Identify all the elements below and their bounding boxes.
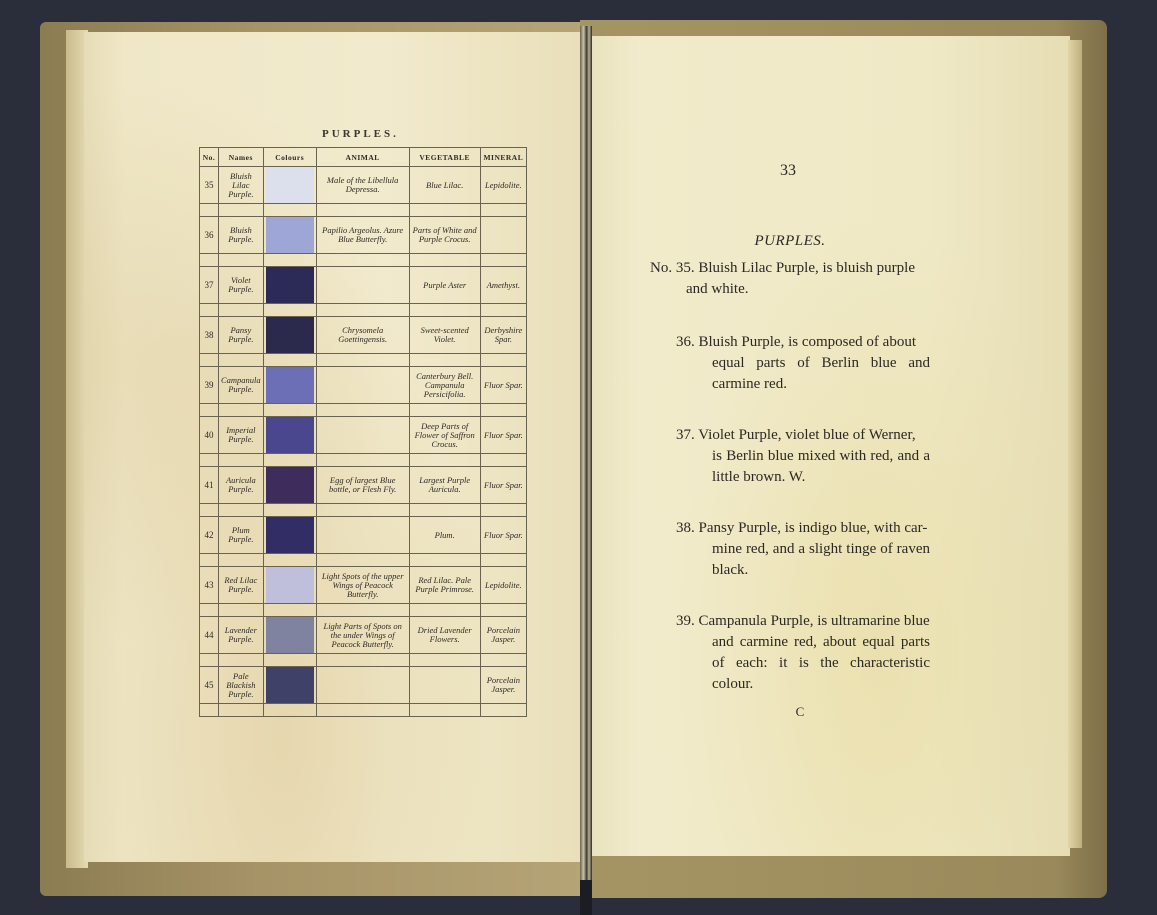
- spacer-cell: [219, 654, 264, 667]
- spacer-cell: [480, 604, 526, 617]
- spacer-cell: [409, 454, 480, 467]
- entry-continuation: and carmine red, about equal parts of ea…: [676, 632, 930, 695]
- spacer-cell: [263, 554, 316, 567]
- spacer-cell: [316, 454, 409, 467]
- header-mineral: MINERAL: [480, 148, 526, 167]
- spacer-cell: [409, 704, 480, 717]
- animal-example: Egg of largest Blue bottle, or Flesh Fly…: [316, 467, 409, 504]
- colour-name: Plum Purple.: [219, 517, 264, 554]
- spacer-cell: [409, 604, 480, 617]
- spacer-cell: [200, 254, 219, 267]
- book-gutter: [580, 26, 592, 915]
- table-row: 38Pansy Purple.Chrysomela Goettingensis.…: [200, 317, 527, 354]
- colour-name: Imperial Purple.: [219, 417, 264, 454]
- vegetable-example: Largest Purple Auricula.: [409, 467, 480, 504]
- spacer-cell: [480, 654, 526, 667]
- spacer-cell: [409, 354, 480, 367]
- spacer-cell: [480, 204, 526, 217]
- section-heading: PURPLES.: [650, 231, 930, 252]
- mineral-example: Porcelain Jasper.: [480, 617, 526, 654]
- spacer-cell: [200, 654, 219, 667]
- entry-continuation: and white.: [650, 279, 930, 300]
- row-number: 35: [200, 167, 219, 204]
- spacer-cell: [316, 554, 409, 567]
- spacer-cell: [316, 254, 409, 267]
- spacer-cell: [200, 454, 219, 467]
- spacer-cell: [263, 454, 316, 467]
- colour-swatch: [266, 417, 314, 453]
- vegetable-example: Purple Aster: [409, 267, 480, 304]
- table-spacer-row: [200, 654, 527, 667]
- signature-mark: C: [670, 701, 930, 722]
- spacer-cell: [200, 554, 219, 567]
- table-spacer-row: [200, 454, 527, 467]
- table-spacer-row: [200, 304, 527, 317]
- page-number: 33: [646, 160, 930, 181]
- spacer-cell: [316, 654, 409, 667]
- entry-continuation: mine red, and a slight tinge of raven bl…: [676, 539, 930, 581]
- spacer-cell: [200, 304, 219, 317]
- spacer-cell: [200, 354, 219, 367]
- spacer-cell: [409, 504, 480, 517]
- colour-table: No. Names Colours ANIMAL VEGETABLE MINER…: [199, 147, 527, 717]
- table-spacer-row: [200, 204, 527, 217]
- entry-continuation: is Berlin blue mixed with red, and a lit…: [676, 446, 930, 488]
- vegetable-example: Deep Parts of Flower of Saffron Crocus.: [409, 417, 480, 454]
- spacer-cell: [219, 404, 264, 417]
- vegetable-example: Dried Lavender Flowers.: [409, 617, 480, 654]
- spacer-cell: [316, 404, 409, 417]
- spacer-cell: [200, 404, 219, 417]
- vegetable-example: Red Lilac. Pale Purple Primrose.: [409, 567, 480, 604]
- colour-swatch: [266, 217, 314, 253]
- mineral-example: Lepidolite.: [480, 567, 526, 604]
- mineral-example: Amethyst.: [480, 267, 526, 304]
- entry-36: 36. Bluish Purple, is composed of about …: [676, 332, 930, 395]
- table-spacer-row: [200, 404, 527, 417]
- header-colours: Colours: [263, 148, 316, 167]
- mineral-example: [480, 217, 526, 254]
- spacer-cell: [480, 254, 526, 267]
- table-spacer-row: [200, 604, 527, 617]
- colour-swatch-cell: [263, 167, 316, 204]
- colour-swatch: [266, 567, 314, 603]
- entry-37: 37. Violet Purple, violet blue of Werner…: [676, 425, 930, 488]
- spacer-cell: [219, 604, 264, 617]
- mineral-example: Porcelain Jasper.: [480, 667, 526, 704]
- spacer-cell: [263, 504, 316, 517]
- table-row: 40Imperial Purple.Deep Parts of Flower o…: [200, 417, 527, 454]
- plate-title: PURPLES.: [322, 128, 442, 140]
- entry-38: 38. Pansy Purple, is indigo blue, with c…: [676, 518, 930, 581]
- table-row: 37Violet Purple.Purple AsterAmethyst.: [200, 267, 527, 304]
- spacer-cell: [200, 204, 219, 217]
- mineral-example: Fluor Spar.: [480, 517, 526, 554]
- colour-swatch-cell: [263, 317, 316, 354]
- colour-swatch: [266, 617, 314, 653]
- colour-swatch: [266, 667, 314, 703]
- spacer-cell: [219, 554, 264, 567]
- row-number: 38: [200, 317, 219, 354]
- table-spacer-row: [200, 354, 527, 367]
- animal-example: Papilio Argeolus. Azure Blue Butterfly.: [316, 217, 409, 254]
- table-row: 35Bluish Lilac Purple.Male of the Libell…: [200, 167, 527, 204]
- spacer-cell: [219, 304, 264, 317]
- colour-name: Red Lilac Purple.: [219, 567, 264, 604]
- vegetable-example: [409, 667, 480, 704]
- mineral-example: Lepidolite.: [480, 167, 526, 204]
- spacer-cell: [316, 204, 409, 217]
- mineral-example: Fluor Spar.: [480, 417, 526, 454]
- entry-first-line: 36. Bluish Purple, is composed of about: [676, 332, 930, 353]
- spacer-cell: [200, 504, 219, 517]
- spacer-cell: [219, 704, 264, 717]
- spacer-cell: [263, 204, 316, 217]
- row-number: 42: [200, 517, 219, 554]
- mineral-example: Fluor Spar.: [480, 367, 526, 404]
- animal-example: [316, 517, 409, 554]
- colour-swatch-cell: [263, 467, 316, 504]
- colour-swatch-cell: [263, 667, 316, 704]
- colour-swatch: [266, 317, 314, 353]
- spacer-cell: [409, 654, 480, 667]
- colour-swatch: [266, 167, 314, 203]
- colour-name: Lavender Purple.: [219, 617, 264, 654]
- spacer-cell: [219, 254, 264, 267]
- colour-swatch: [266, 467, 314, 503]
- animal-example: [316, 367, 409, 404]
- spacer-cell: [480, 354, 526, 367]
- gutter-shadow: [580, 880, 592, 915]
- spacer-cell: [263, 704, 316, 717]
- row-number: 40: [200, 417, 219, 454]
- animal-example: [316, 417, 409, 454]
- colour-swatch: [266, 267, 314, 303]
- table-row: 42Plum Purple.Plum.Fluor Spar.: [200, 517, 527, 554]
- table-row: 45Pale Blackish Purple.Porcelain Jasper.: [200, 667, 527, 704]
- entry-first-line: No. 35. Bluish Lilac Purple, is bluish p…: [650, 258, 930, 279]
- colour-swatch: [266, 367, 314, 403]
- entry-first-line: 37. Violet Purple, violet blue of Werner…: [676, 425, 930, 446]
- mineral-example: Derbyshire Spar.: [480, 317, 526, 354]
- spacer-cell: [316, 604, 409, 617]
- spacer-cell: [480, 454, 526, 467]
- spacer-cell: [409, 404, 480, 417]
- row-number: 39: [200, 367, 219, 404]
- table-row: 41Auricula Purple.Egg of largest Blue bo…: [200, 467, 527, 504]
- vegetable-example: Sweet-scented Violet.: [409, 317, 480, 354]
- header-animal: ANIMAL: [316, 148, 409, 167]
- spacer-cell: [480, 304, 526, 317]
- spacer-cell: [219, 504, 264, 517]
- vegetable-example: Parts of White and Purple Crocus.: [409, 217, 480, 254]
- spacer-cell: [263, 354, 316, 367]
- spacer-cell: [263, 404, 316, 417]
- table-row: 36Bluish Purple.Papilio Argeolus. Azure …: [200, 217, 527, 254]
- spacer-cell: [316, 304, 409, 317]
- spacer-cell: [200, 704, 219, 717]
- colour-name: Auricula Purple.: [219, 467, 264, 504]
- row-number: 43: [200, 567, 219, 604]
- entry-first-line: 38. Pansy Purple, is indigo blue, with c…: [676, 518, 930, 539]
- table-body: 35Bluish Lilac Purple.Male of the Libell…: [200, 167, 527, 717]
- spacer-cell: [263, 254, 316, 267]
- spacer-cell: [316, 704, 409, 717]
- header-names: Names: [219, 148, 264, 167]
- spacer-cell: [409, 204, 480, 217]
- colour-swatch-cell: [263, 417, 316, 454]
- table-row: 43Red Lilac Purple.Light Spots of the up…: [200, 567, 527, 604]
- colour-swatch-cell: [263, 517, 316, 554]
- table-row: 39Campanula Purple.Canterbury Bell. Camp…: [200, 367, 527, 404]
- animal-example: Male of the Libellula Depressa.: [316, 167, 409, 204]
- spacer-cell: [316, 354, 409, 367]
- spacer-cell: [480, 504, 526, 517]
- spacer-cell: [480, 704, 526, 717]
- colour-swatch: [266, 517, 314, 553]
- colour-swatch-cell: [263, 567, 316, 604]
- colour-name: Pansy Purple.: [219, 317, 264, 354]
- table-header-row: No. Names Colours ANIMAL VEGETABLE MINER…: [200, 148, 527, 167]
- animal-example: Light Parts of Spots on the under Wings …: [316, 617, 409, 654]
- row-number: 36: [200, 217, 219, 254]
- colour-name: Violet Purple.: [219, 267, 264, 304]
- spacer-cell: [219, 354, 264, 367]
- entry-continuation: equal parts of Berlin blue and carmine r…: [676, 353, 930, 395]
- vegetable-example: Canterbury Bell. Campanula Persicifolia.: [409, 367, 480, 404]
- colour-swatch-cell: [263, 267, 316, 304]
- spacer-cell: [409, 254, 480, 267]
- spacer-cell: [263, 604, 316, 617]
- spacer-cell: [409, 554, 480, 567]
- row-number: 44: [200, 617, 219, 654]
- colour-name: Campanula Purple.: [219, 367, 264, 404]
- colour-swatch-cell: [263, 617, 316, 654]
- row-number: 41: [200, 467, 219, 504]
- entry-35: No. 35. Bluish Lilac Purple, is bluish p…: [650, 258, 930, 300]
- mineral-example: Fluor Spar.: [480, 467, 526, 504]
- vegetable-example: Plum.: [409, 517, 480, 554]
- page-stack-right: [1068, 40, 1082, 848]
- spacer-cell: [480, 404, 526, 417]
- spacer-cell: [219, 204, 264, 217]
- spacer-cell: [316, 504, 409, 517]
- table-spacer-row: [200, 704, 527, 717]
- table-spacer-row: [200, 554, 527, 567]
- colour-name: Bluish Purple.: [219, 217, 264, 254]
- spacer-cell: [263, 654, 316, 667]
- animal-example: [316, 667, 409, 704]
- spacer-cell: [409, 304, 480, 317]
- row-number: 45: [200, 667, 219, 704]
- entry-39: 39. Campanula Purple, is ultramarine blu…: [676, 611, 930, 695]
- spacer-cell: [480, 554, 526, 567]
- table-spacer-row: [200, 504, 527, 517]
- vegetable-example: Blue Lilac.: [409, 167, 480, 204]
- colour-swatch-cell: [263, 367, 316, 404]
- spacer-cell: [200, 604, 219, 617]
- header-vegetable: VEGETABLE: [409, 148, 480, 167]
- header-number: No.: [200, 148, 219, 167]
- animal-example: [316, 267, 409, 304]
- table-row: 44Lavender Purple.Light Parts of Spots o…: [200, 617, 527, 654]
- colour-name: Bluish Lilac Purple.: [219, 167, 264, 204]
- animal-example: Chrysomela Goettingensis.: [316, 317, 409, 354]
- right-page-text: 33 PURPLES. No. 35. Bluish Lilac Purple,…: [640, 160, 930, 722]
- entry-first-line: 39. Campanula Purple, is ultramarine blu…: [676, 611, 930, 632]
- spacer-cell: [219, 454, 264, 467]
- spacer-cell: [263, 304, 316, 317]
- table-spacer-row: [200, 254, 527, 267]
- colour-name: Pale Blackish Purple.: [219, 667, 264, 704]
- colour-swatch-cell: [263, 217, 316, 254]
- row-number: 37: [200, 267, 219, 304]
- animal-example: Light Spots of the upper Wings of Peacoc…: [316, 567, 409, 604]
